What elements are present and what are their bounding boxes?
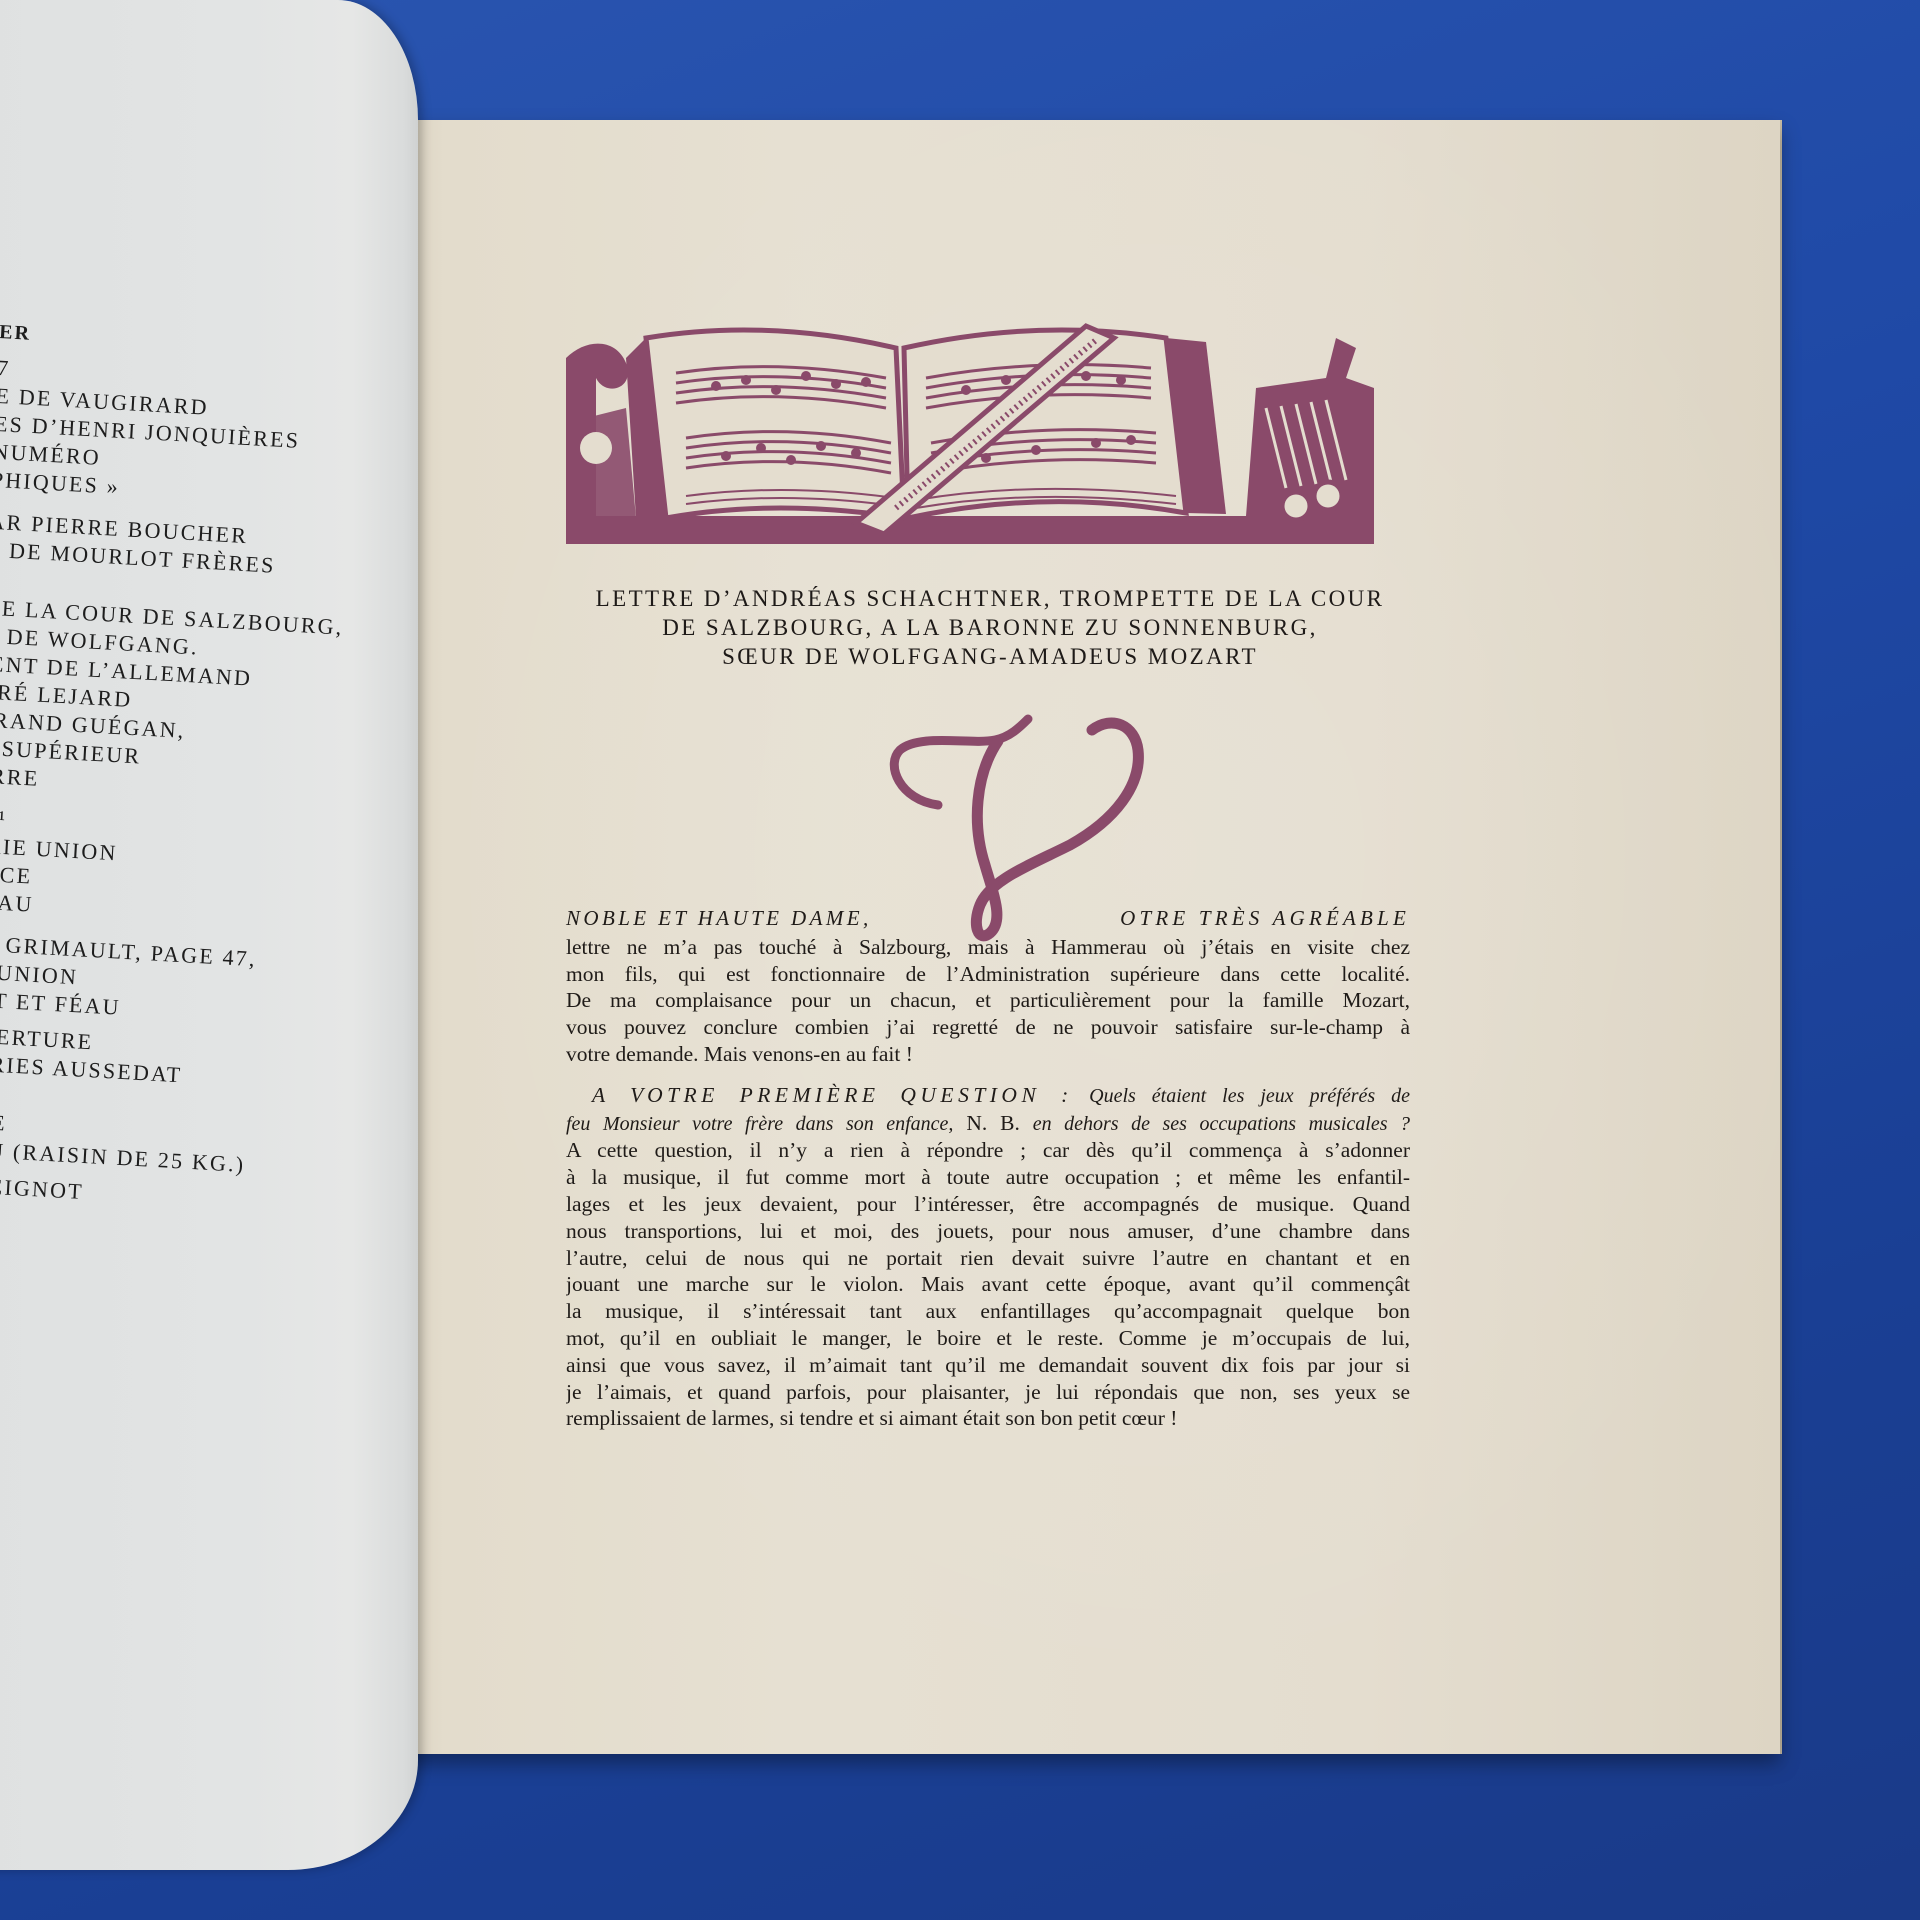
paragraph-2: A cette question, il n’y a rien à répond… (566, 1137, 1410, 1432)
question-text: en dehors de ses occupations musicales ? (1033, 1113, 1410, 1135)
letter-title: LETTRE D’ANDRÉAS SCHACHTNER, TROMPETTE D… (560, 584, 1420, 671)
colophon-text: ER 7 E DE VAUGIRARD ES D’HENRI JONQUIÈRE… (0, 318, 418, 1222)
text-line: A cette question, il n’y a rien à répond… (566, 1137, 1410, 1164)
text-line: je l’aimais, et quand parfois, pour plai… (566, 1379, 1410, 1406)
text-line: lages et les jeux devaient, pour l’intér… (566, 1191, 1410, 1218)
question-block: A VOTRE PREMIÈRE QUESTION : Quels étaien… (566, 1082, 1410, 1138)
question-text: feu Monsieur votre frère dans son enfanc… (566, 1113, 953, 1135)
text-line: votre demande. Mais venons-en au fait ! (566, 1041, 1410, 1068)
question-text: Quels étaient les jeux préférés de (1089, 1085, 1410, 1107)
letter-body: NOBLE ET HAUTE DAME, OTRE TRÈS AGRÉABLE … (566, 905, 1410, 1432)
text-line: à la musique, il fut comme mort à toute … (566, 1164, 1410, 1191)
paragraph-1: lettre ne m’a pas touché à Salzbourg, ma… (566, 934, 1410, 1068)
salutation: NOBLE ET HAUTE DAME, OTRE TRÈS AGRÉABLE (566, 905, 1410, 932)
salutation-left: NOBLE ET HAUTE DAME, (566, 905, 872, 932)
text-line: lettre ne m’a pas touché à Salzbourg, ma… (566, 934, 1410, 961)
title-line: DE SALZBOURG, A LA BARONNE ZU SONNENBURG… (560, 613, 1420, 642)
salutation-right: OTRE TRÈS AGRÉABLE (1120, 905, 1410, 932)
text-line: mon fils, qui est fonctionnaire de l’Adm… (566, 961, 1410, 988)
text-line: De ma complaisance pour un chacun, et pa… (566, 987, 1410, 1014)
text-line: l’autre, celui de nous qui ne portait ri… (566, 1245, 1410, 1272)
text-line: ainsi que vous savez, il m’aimait tant q… (566, 1352, 1410, 1379)
left-page: ER 7 E DE VAUGIRARD ES D’HENRI JONQUIÈRE… (0, 0, 418, 1870)
text-line: vous pouvez conclure combien j’ai regret… (566, 1014, 1410, 1041)
text-line: jouant une marche sur le violon. Mais av… (566, 1271, 1410, 1298)
title-line: SŒUR DE WOLFGANG-AMADEUS MOZART (560, 642, 1420, 671)
question-line: A VOTRE PREMIÈRE QUESTION : Quels étaien… (566, 1082, 1410, 1110)
text-line: la musique, il s’intéressait tant aux en… (566, 1298, 1410, 1325)
text-line: mot, qu’il en oubliait le manger, le boi… (566, 1325, 1410, 1352)
nota-bene: N. B. (966, 1111, 1020, 1135)
text-line: nous transportions, lui et moi, des joue… (566, 1218, 1410, 1245)
title-line: LETTRE D’ANDRÉAS SCHACHTNER, TROMPETTE D… (560, 584, 1420, 613)
text-line: remplissaient de larmes, si tendre et si… (566, 1405, 1410, 1432)
question-line: feu Monsieur votre frère dans son enfanc… (566, 1110, 1410, 1138)
question-heading: A VOTRE PREMIÈRE QUESTION : (592, 1083, 1073, 1107)
woodcut-music-book-illustration (566, 318, 1374, 546)
